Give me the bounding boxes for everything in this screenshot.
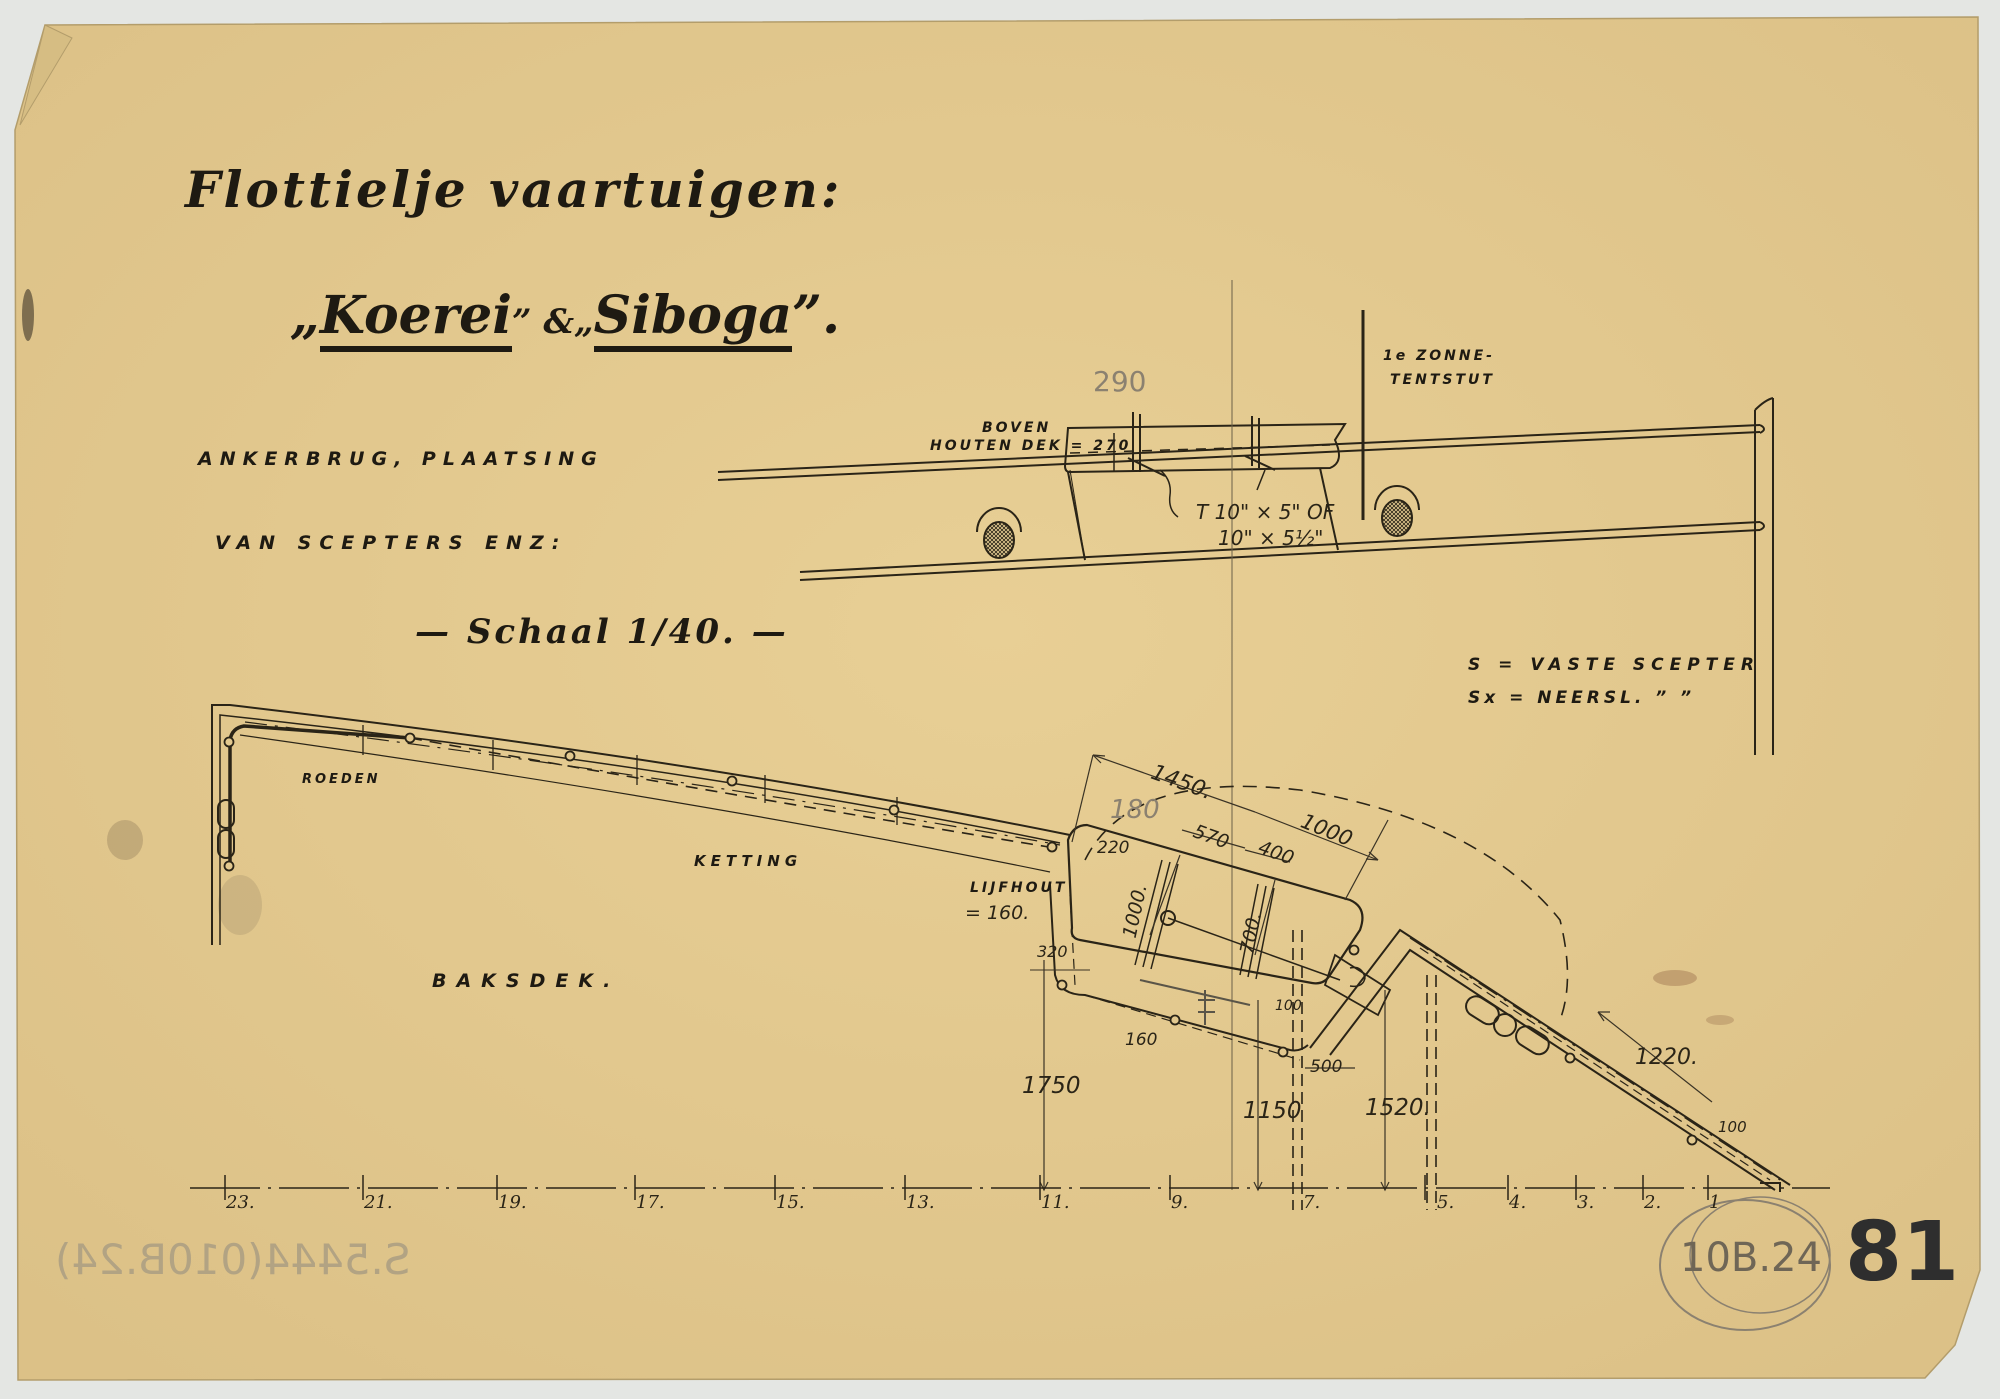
tbar-spec-1: T 10" × 5" OF [1196,500,1334,524]
frame-label: 21. [364,1192,393,1213]
frame-label: 5. [1437,1192,1454,1213]
deck-label-boven: BOVEN [982,420,1051,436]
frame-label: 4. [1509,1192,1526,1213]
frame-label: 9. [1171,1192,1188,1213]
frame-label: 7. [1303,1192,1320,1213]
dim-1520: 1520. [1365,1095,1431,1121]
frame-label: 1 [1709,1192,1720,1213]
label-roeden: ROEDEN [302,772,381,787]
frame-label: 15. [776,1192,805,1213]
title-line-2: „Koerei” &„Siboga”. [290,285,840,346]
vessel-siboga: Siboga [594,285,792,352]
legend-folding-scepter: Sx = NEERSL. ” ” [1468,688,1695,708]
dim-100-stem: 100 [1718,1118,1747,1136]
dim-1750: 1750 [1022,1073,1081,1099]
archive-id: 10B.24 [1680,1235,1822,1281]
pencil-height-290: 290 [1093,365,1146,398]
dim-500: 500 [1310,1057,1342,1077]
dim-1220: 1220. [1635,1045,1698,1070]
dim-320: 320 [1037,942,1068,961]
dim-160: 160 [1125,1030,1157,1050]
scale-label: — Schaal 1/40. — [415,612,789,652]
subtitle-line-1: ANKERBRUG, PLAATSING [198,448,604,470]
frame-label: 11. [1041,1192,1070,1213]
title-line-1: Flottielje vaartuigen: [185,160,842,219]
label-baksdek: BAKSDEK. [432,970,620,992]
title-open-quote: „ [290,285,320,346]
mirrored-pencil-note: S.5444(010B.24) [55,1235,410,1284]
awning-stanchion-label-1: 1e ZONNE- [1383,348,1495,364]
label-ketting: KETTING [694,852,802,870]
drawing-sheet: Flottielje vaartuigen: „Koerei” &„Siboga… [0,0,2000,1399]
frame-label: 2. [1644,1192,1661,1213]
tbar-spec-2: 10" × 5½" [1218,526,1323,550]
subtitle-line-2: VAN SCEPTERS ENZ: [215,532,567,554]
dim-100-hawse: 100 [1275,998,1302,1014]
title-close-quote: ”. [792,285,840,346]
frame-label: 19. [498,1192,527,1213]
deck-label-houten-dek: HOUTEN DEK = 270 [930,438,1131,454]
dim-220: 220 [1097,838,1129,858]
frame-label: 13. [906,1192,935,1213]
legend-fixed-scepter: S = VASTE SCEPTER [1468,655,1760,675]
title-ampersand: ” &„ [512,302,594,342]
label-lijfhout-value: = 160. [965,902,1029,924]
vessel-koerei: Koerei [320,285,512,352]
dim-1150: 1150 [1243,1098,1302,1124]
pencil-180: 180 [1110,795,1160,825]
sheet-number: 81 [1845,1205,1959,1300]
frame-label: 3. [1577,1192,1594,1213]
frame-label: 23. [226,1192,255,1213]
frame-label: 17. [636,1192,665,1213]
label-lijfhout: LIJFHOUT [970,880,1067,896]
awning-stanchion-label-2: TENTSTUT [1390,372,1495,388]
